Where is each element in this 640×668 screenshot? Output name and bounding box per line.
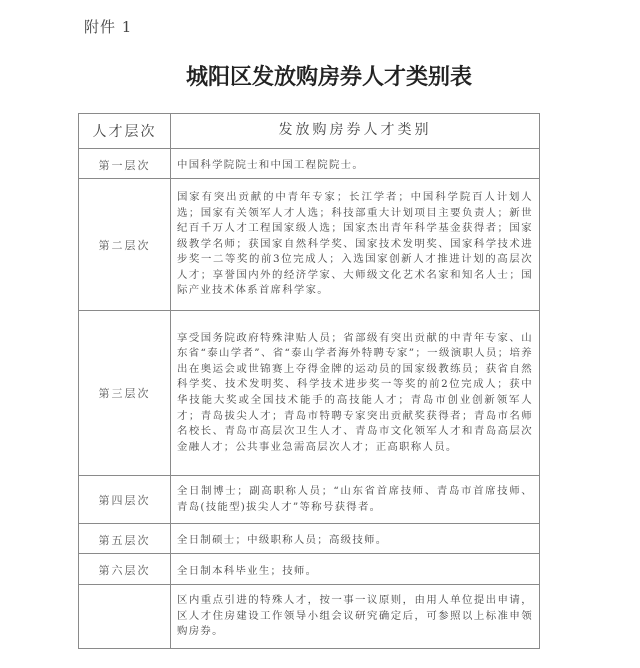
tier-label: 第四层次 xyxy=(79,476,171,524)
tier-categories: 全日制硕士；中级职称人员；高级技师。 xyxy=(171,524,540,554)
tier-label xyxy=(79,585,171,649)
tier-categories: 全日制本科毕业生；技师。 xyxy=(171,554,540,585)
document-title: 城阳区发放购房券人才类别表 xyxy=(0,60,640,91)
header-categories: 发放购房券人才类别 xyxy=(171,114,540,149)
talent-category-table: 人才层次 发放购房券人才类别 第一层次 中国科学院院士和中国工程院院士。 第二层… xyxy=(78,113,540,649)
tier-label: 第五层次 xyxy=(79,524,171,554)
table-row: 第四层次 全日制博士；副高职称人员；“山东省首席技师、青岛市首席技师、青岛(技能… xyxy=(79,476,540,524)
tier-label: 第一层次 xyxy=(79,149,171,179)
table-row: 第三层次 享受国务院政府特殊津贴人员；省部级有突出贡献的中青年专家、山东省“泰山… xyxy=(79,311,540,476)
table-row: 第一层次 中国科学院院士和中国工程院院士。 xyxy=(79,149,540,179)
table-row: 第二层次 国家有突出贡献的中青年专家；长江学者；中国科学院百人计划人选；国家有关… xyxy=(79,179,540,311)
tier-categories: 国家有突出贡献的中青年专家；长江学者；中国科学院百人计划人选；国家有关领军人才人… xyxy=(171,179,540,311)
tier-label: 第二层次 xyxy=(79,179,171,311)
table-row: 第五层次 全日制硕士；中级职称人员；高级技师。 xyxy=(79,524,540,554)
tier-categories: 中国科学院院士和中国工程院院士。 xyxy=(171,149,540,179)
tier-categories: 全日制博士；副高职称人员；“山东省首席技师、青岛市首席技师、青岛(技能型)拔尖人… xyxy=(171,476,540,524)
tier-categories: 享受国务院政府特殊津贴人员；省部级有突出贡献的中青年专家、山东省“泰山学者”、省… xyxy=(171,311,540,476)
table-row: 第六层次 全日制本科毕业生；技师。 xyxy=(79,554,540,585)
table-header-row: 人才层次 发放购房券人才类别 xyxy=(79,114,540,149)
attachment-label: 附件 1 xyxy=(84,16,132,37)
table-row: 区内重点引进的特殊人才，按一事一议原则，由用人单位提出申请，区人才住房建设工作领… xyxy=(79,585,540,649)
tier-label: 第六层次 xyxy=(79,554,171,585)
tier-label: 第三层次 xyxy=(79,311,171,476)
tier-categories: 区内重点引进的特殊人才，按一事一议原则，由用人单位提出申请，区人才住房建设工作领… xyxy=(171,585,540,649)
header-tier: 人才层次 xyxy=(79,114,171,149)
